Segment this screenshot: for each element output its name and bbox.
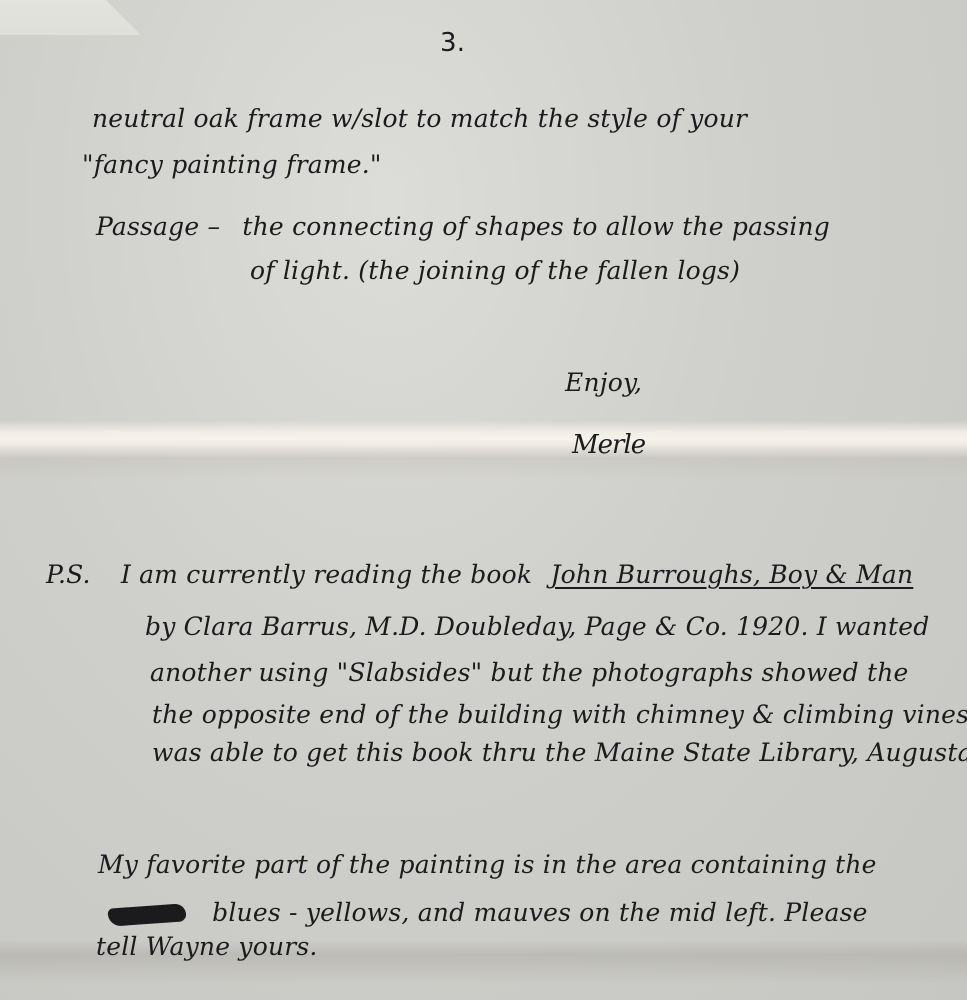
favorite-line-1: My favorite part of the painting is in t… xyxy=(98,850,877,879)
favorite-line-3: tell Wayne yours. xyxy=(96,932,318,961)
signature: Merle xyxy=(572,430,645,460)
postscript-label: P.S. xyxy=(46,560,91,589)
postscript-line-2: by Clara Barrus, M.D. Doubleday, Page & … xyxy=(145,612,929,641)
postscript-line-4: the opposite end of the building with ch… xyxy=(152,700,967,729)
postscript-line-5: was able to get this book thru the Maine… xyxy=(152,738,967,767)
page-number: 3. xyxy=(440,28,465,58)
passage-definition-line-1: Passage – the connecting of shapes to al… xyxy=(96,212,830,241)
favorite-line-2: blues - yellows, and mauves on the mid l… xyxy=(108,898,868,927)
favorite-text-2: blues - yellows, and mauves on the mid l… xyxy=(212,898,867,927)
passage-text-1: the connecting of shapes to allow the pa… xyxy=(242,212,830,241)
postscript-line-1: P.S. I am currently reading the book Joh… xyxy=(46,560,913,589)
postscript-text-1: I am currently reading the book xyxy=(121,560,532,589)
passage-term: Passage – xyxy=(96,212,220,241)
frame-line-1: neutral oak frame w/slot to match the st… xyxy=(92,104,747,133)
paper-fold-crease xyxy=(0,430,967,448)
frame-line-2: "fancy painting frame." xyxy=(82,150,382,179)
postscript-line-3: another using "Slabsides" but the photog… xyxy=(150,658,909,687)
book-title: John Burroughs, Boy & Man xyxy=(550,560,913,589)
passage-definition-line-2: of light. (the joining of the fallen log… xyxy=(250,256,740,285)
closing-salutation: Enjoy, xyxy=(565,368,642,397)
crossed-out-word xyxy=(107,903,186,926)
